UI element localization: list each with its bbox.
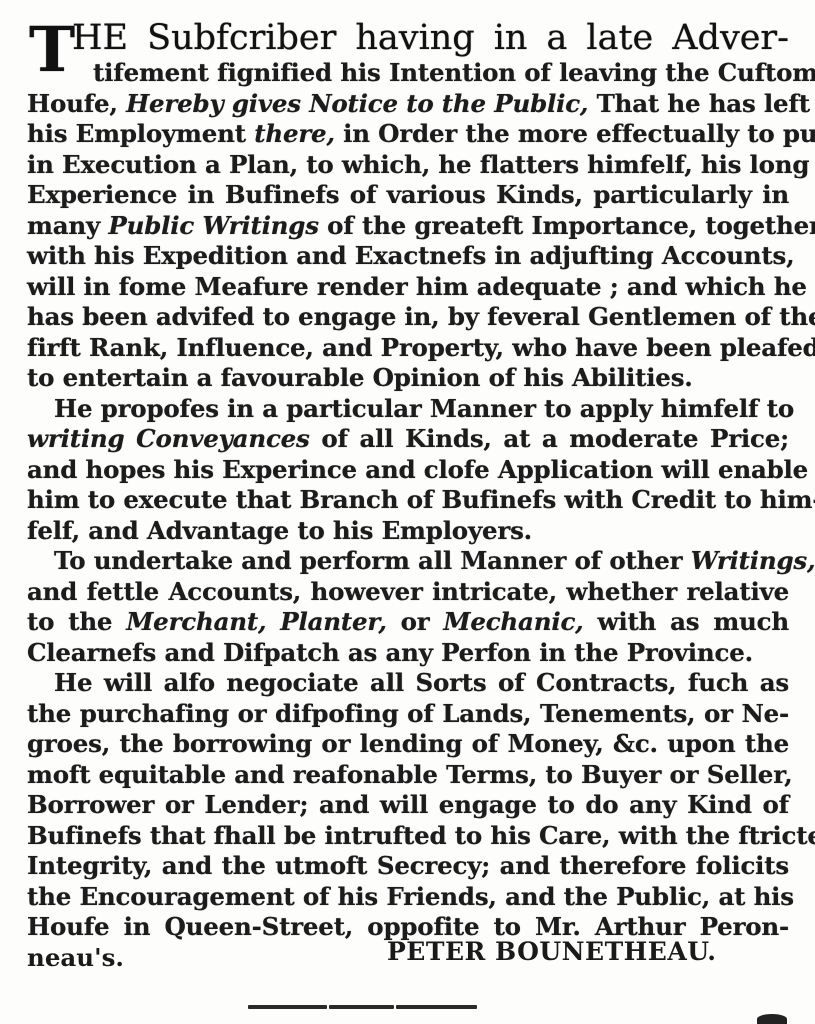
- italic-text: Public Writings: [108, 211, 318, 240]
- text-line: to entertain a favourable Opinion of his…: [27, 363, 789, 394]
- advertisement: T HE Subfcriber having in a late Adver- …: [27, 18, 789, 973]
- divider-rule: [329, 1005, 394, 1009]
- headline-line: T HE Subfcriber having in a late Adver-: [27, 18, 789, 58]
- paragraph-3: To undertake and perform all Manner of o…: [27, 546, 789, 668]
- text-line: Integrity, and the utmoft Secrecy; and t…: [27, 851, 789, 882]
- paragraph-1: tifement fignified his Intention of leav…: [27, 58, 789, 394]
- text-line: will in fome Meafure render him adequate…: [27, 272, 789, 303]
- divider-rule: [396, 1005, 477, 1009]
- text-line: To undertake and perform all Manner of o…: [27, 546, 789, 577]
- text-line: Borrower or Lender; and will engage to d…: [27, 790, 789, 821]
- text-line: groes, the borrowing or lending of Money…: [27, 729, 789, 760]
- text-line: tifement fignified his Intention of leav…: [27, 58, 789, 89]
- text-line: moft equitable and reafonable Terms, to …: [27, 760, 789, 791]
- closing-fragment: neau's.: [27, 943, 124, 974]
- text-line: many Public Writings of the greateft Imp…: [27, 211, 789, 242]
- text-line: He propofes in a particular Manner to ap…: [27, 394, 789, 425]
- text-line: has been advifed to engage in, by fevera…: [27, 302, 789, 333]
- text-line: felf, and Advantage to his Employers.: [27, 516, 789, 547]
- text-line: and fettle Accounts, however intricate, …: [27, 577, 789, 608]
- paragraph-4: He will alfo negociate all Sorts of Cont…: [27, 668, 789, 943]
- text-line: him to execute that Branch of Bufinefs w…: [27, 485, 789, 516]
- drop-cap: T: [29, 22, 75, 78]
- newspaper-page: T HE Subfcriber having in a late Adver- …: [0, 0, 815, 1024]
- text-line: in Execution a Plan, to which, he flatte…: [27, 150, 789, 181]
- italic-text: writing Conveyances: [27, 424, 310, 453]
- text-line: Houfe, Hereby gives Notice to the Public…: [27, 89, 789, 120]
- italic-text: Hereby gives Notice to the Public,: [126, 89, 588, 118]
- italic-text: Mechanic,: [443, 607, 583, 636]
- divider-rule: [248, 1005, 327, 1009]
- italic-text: there,: [254, 119, 335, 148]
- paragraph-2: He propofes in a particular Manner to ap…: [27, 394, 789, 547]
- text-line: with his Expedition and Exactnefs in adj…: [27, 241, 789, 272]
- text-line: and hopes his Experince and clofe Applic…: [27, 455, 789, 486]
- text-line: firft Rank, Influence, and Property, who…: [27, 333, 789, 364]
- italic-text: Writings,: [691, 546, 815, 575]
- next-article-fragment: [757, 1014, 787, 1024]
- text-line: writing Conveyances of all Kinds, at a m…: [27, 424, 789, 455]
- headline-text: HE Subfcriber having in a late Adver-: [72, 18, 789, 58]
- text-line: Clearnefs and Difpatch as any Perfon in …: [27, 638, 789, 669]
- text-line: his Employment there, in Order the more …: [27, 119, 789, 150]
- text-line: Experience in Bufinefs of various Kinds,…: [27, 180, 789, 211]
- text-line: the Encouragement of his Friends, and th…: [27, 882, 789, 913]
- signature: PETER BOUNETHEAU.: [387, 937, 716, 968]
- text-line: He will alfo negociate all Sorts of Cont…: [27, 668, 789, 699]
- text-line: the purchafing or difpofing of Lands, Te…: [27, 699, 789, 730]
- text-line: to the Merchant, Planter, or Mechanic, w…: [27, 607, 789, 638]
- italic-text: Merchant, Planter,: [126, 607, 386, 636]
- text-line: Bufinefs that fhall be intrufted to his …: [27, 821, 789, 852]
- signature-line: neau's. PETER BOUNETHEAU.: [27, 943, 789, 974]
